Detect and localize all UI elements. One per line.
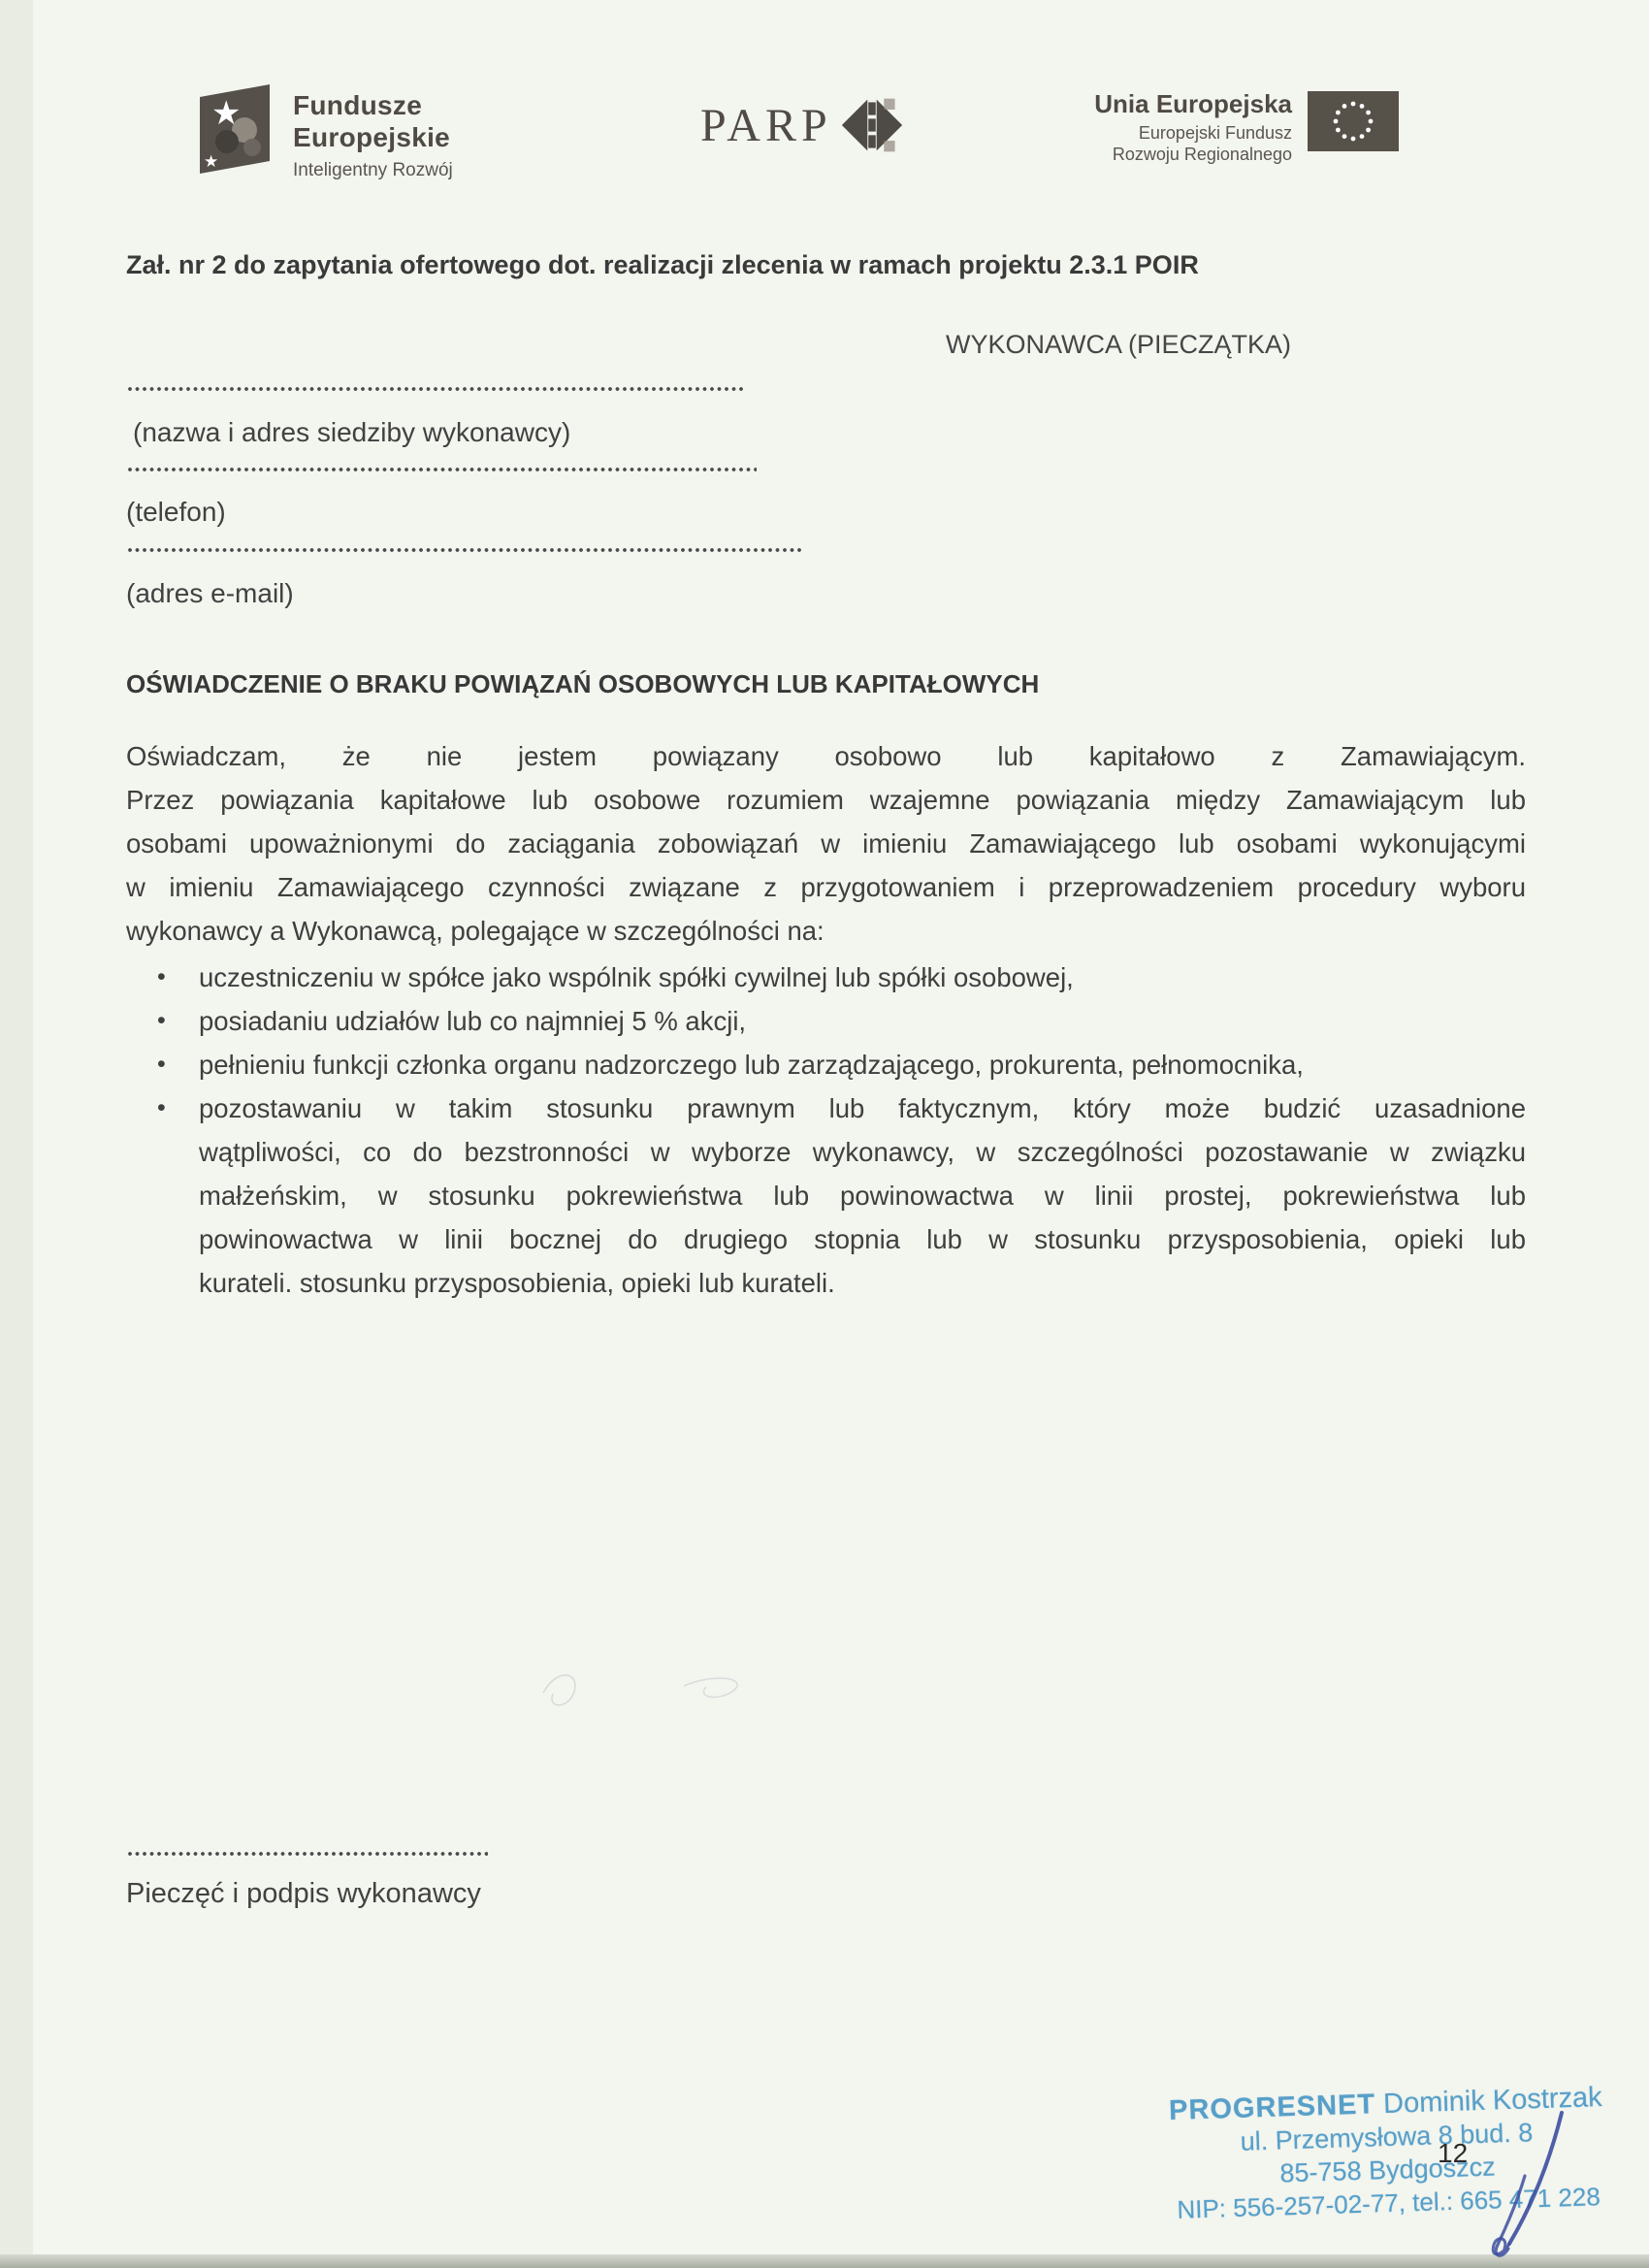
intro-line: wykonawcy a Wykonawcą, polegające w szcz… [126,909,1526,953]
bullet-long-line: wątpliwości, co do bezstronności w wybor… [199,1130,1526,1174]
bullet-marker: • [126,999,199,1043]
signature-dotted-line [127,1851,488,1857]
bullet-long-line: małżeńskim, w stosunku pokrewieństwa lub… [199,1174,1526,1217]
stamp-company: PROGRESNET [1169,2089,1376,2126]
handwritten-signature [1453,2084,1589,2268]
document-title: Zał. nr 2 do zapytania ofertowego dot. r… [126,250,1199,280]
bullet-item: • pełnieniu funkcji członka organu nadzo… [126,1043,1526,1086]
field-phone-dotted-line [127,467,757,472]
svg-text:★: ★ [211,94,241,133]
bullet-item: • posiadaniu udziałów lub co najmniej 5 … [126,999,1526,1043]
bullet-item: • pozostawaniu w takim stosunku prawnym … [126,1086,1526,1305]
field-name-label: (nazwa i adres siedziby wykonawcy) [133,417,570,448]
bullet-text-long: pozostawaniu w takim stosunku prawnym lu… [199,1086,1526,1305]
fe-title-line2: Europejskie [293,121,453,153]
fe-title-line1: Fundusze [293,89,453,121]
eu-title: Unia Europejska [1048,89,1292,119]
bullet-item: • uczestniczeniu w spółce jako wspólnik … [126,956,1526,999]
field-name-dotted-line [127,386,745,392]
eu-subtitle-line1: Europejski Fundusz [1048,122,1292,144]
intro-line: w imieniu Zamawiającego czynności związa… [126,865,1526,909]
bullet-text: uczestniczeniu w spółce jako wspólnik sp… [199,956,1526,999]
signature-label: Pieczęć i podpis wykonawcy [126,1878,481,1910]
parp-diamond-icon [840,93,904,157]
field-email-label: (adres e-mail) [126,578,294,609]
bullet-marker: • [126,956,199,999]
pencil-smudge [485,1649,834,1736]
bullet-marker: • [126,1043,199,1086]
eu-subtitle-line2: Rozwoju Regionalnego [1048,144,1292,165]
bullet-long-line: kurateli. stosunku przysposobienia, opie… [199,1261,1526,1305]
svg-text:★: ★ [204,152,218,172]
declaration-heading: OŚWIADCZENIE O BRAKU POWIĄZAŃ OSOBOWYCH … [126,669,1039,699]
intro-line: osobami upoważnionymi do zaciągania zobo… [126,822,1526,865]
bullet-text: pełnieniu funkcji członka organu nadzorc… [199,1043,1526,1086]
scan-edge-bottom [0,2254,1649,2268]
field-email-dotted-line [127,547,803,553]
declaration-intro: Oświadczam, że nie jestem powiązany osob… [126,734,1526,953]
fundusze-europejskie-text: Fundusze Europejskie Inteligentny Rozwój [293,81,453,181]
bullet-marker: • [126,1086,199,1130]
parp-wordmark: PARP [700,99,832,152]
unia-europejska-text: Unia Europejska Europejski Fundusz Rozwo… [1048,89,1292,165]
bullet-long-line: pozostawaniu w takim stosunku prawnym lu… [199,1086,1526,1130]
declaration-bullet-list: • uczestniczeniu w spółce jako wspólnik … [126,956,1526,1305]
contractor-stamp-label: WYKONAWCA (PIECZĄTKA) [946,330,1291,360]
field-phone-label: (telefon) [126,497,226,528]
intro-line: Przez powiązania kapitałowe lub osobowe … [126,778,1526,822]
parp-logo: PARP [700,93,904,157]
intro-line: Oświadczam, że nie jestem powiązany osob… [126,734,1526,778]
bullet-text: posiadaniu udziałów lub co najmniej 5 % … [199,999,1526,1043]
fe-subtitle: Inteligentny Rozwój [293,160,453,181]
fundusze-europejskie-flag-icon: ★ ★ [190,81,277,175]
fundusze-europejskie-logo: ★ ★ Fundusze Europejskie Inteligentny Ro… [190,81,453,181]
bullet-long-line: powinowactwa w linii bocznej do drugiego… [199,1217,1526,1261]
eu-flag-icon [1308,91,1399,151]
scanned-document-page: ★ ★ Fundusze Europejskie Inteligentny Ro… [0,0,1649,2268]
scan-edge-left [0,0,33,2268]
